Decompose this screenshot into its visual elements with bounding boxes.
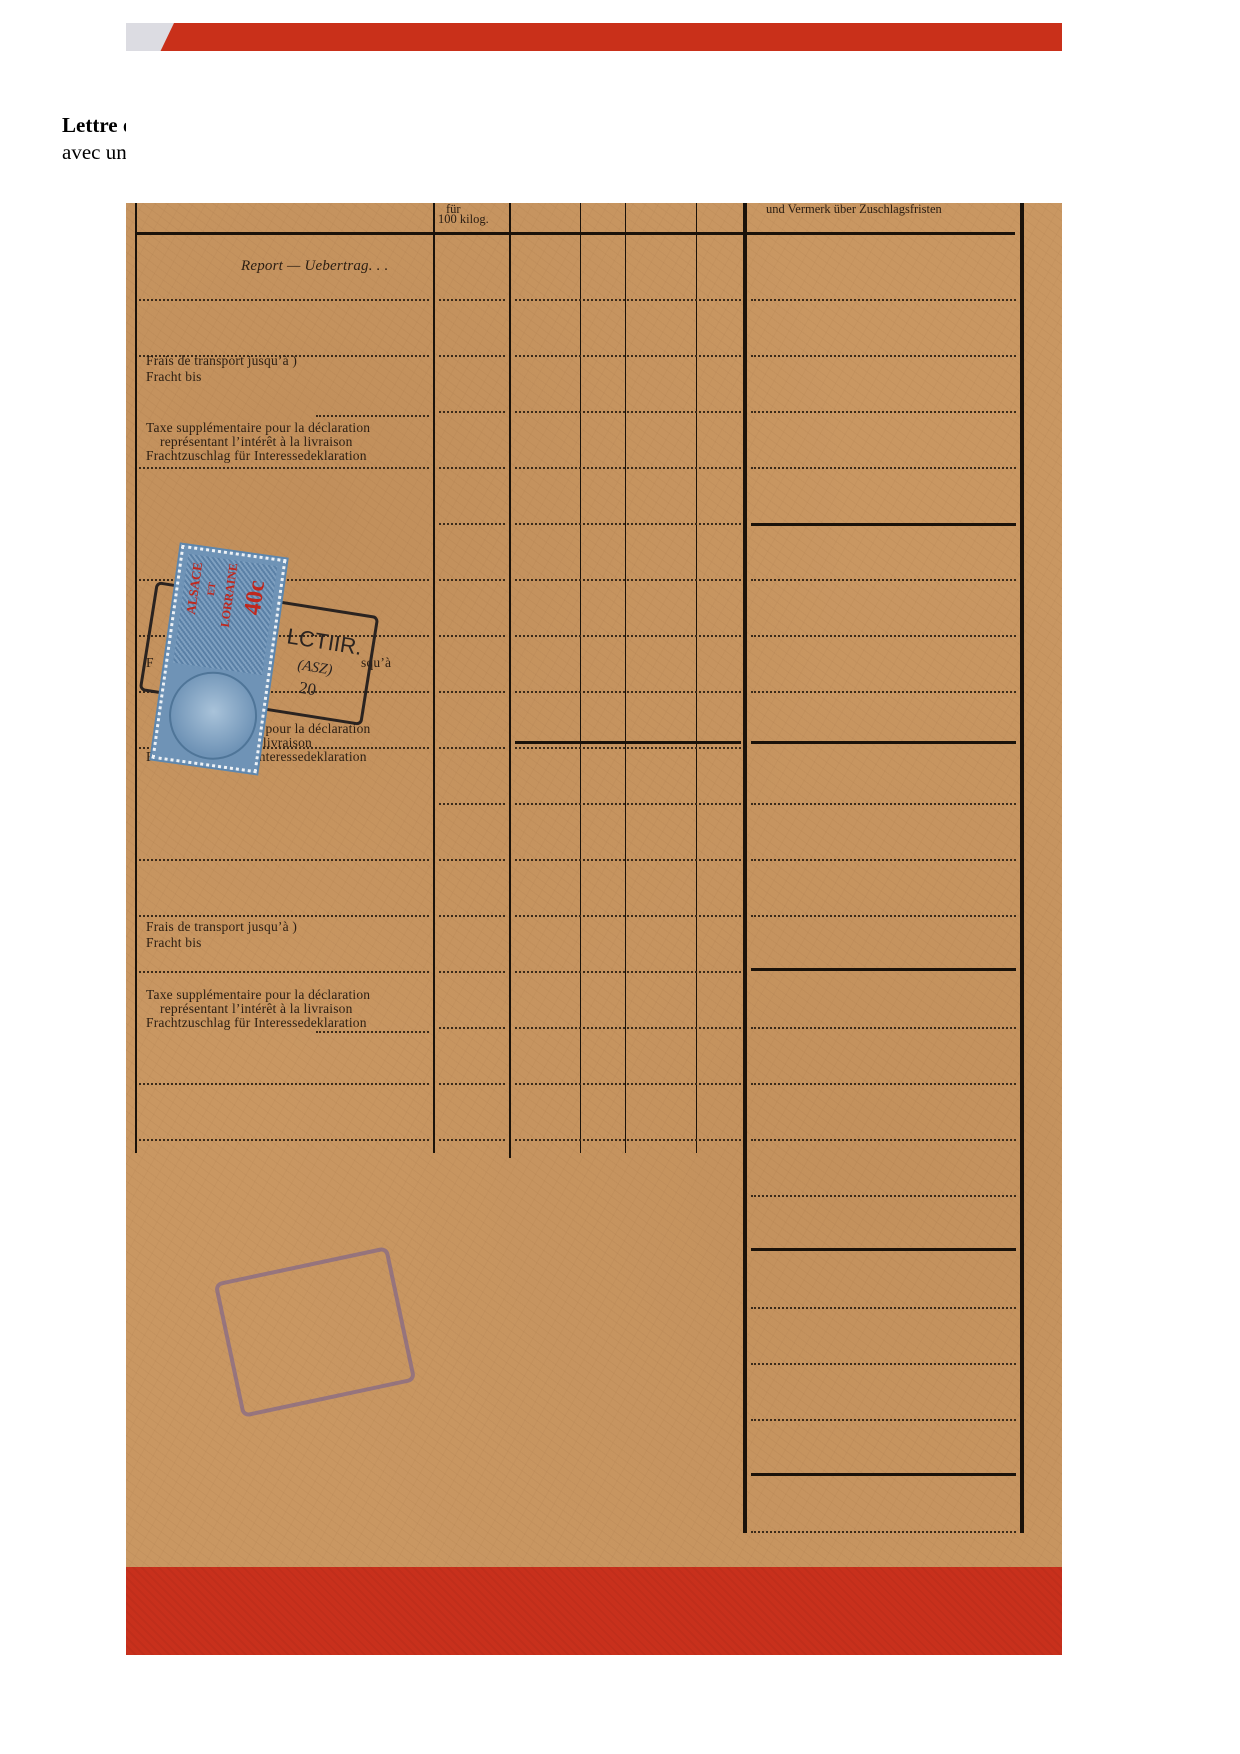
dotted-row: [439, 971, 505, 973]
cancel-text-1: LCTIIR.: [285, 623, 364, 661]
section-rule: [751, 1248, 1016, 1251]
dotted-row: [139, 1139, 429, 1141]
remarks-header: und Vermerk über Zuschlagsfristen: [766, 203, 942, 216]
section-rule: [751, 523, 1016, 526]
dotted-row: [439, 355, 505, 357]
dotted-row: [515, 859, 741, 861]
dotted-row: [439, 299, 505, 301]
frais-label-de: Fracht bis: [146, 369, 202, 384]
dotted-row: [515, 635, 741, 637]
dotted-row: [751, 859, 1016, 861]
col-line-5: [625, 203, 626, 1153]
waybill-form: für 100 kilog. und Vermerk über Zuschlag…: [126, 203, 1062, 1567]
dotted-row: [439, 859, 505, 861]
dotted-row: [515, 747, 741, 749]
col-line-2: [433, 203, 435, 1153]
dotted-row: [515, 467, 741, 469]
dotted-row: [515, 803, 741, 805]
dotted-row: [515, 1139, 741, 1141]
report-label: Report — Uebertrag. . .: [241, 259, 389, 274]
dotted-row: [515, 1083, 741, 1085]
dotted-row: [439, 803, 505, 805]
dotted-row: [515, 579, 741, 581]
rate-header-bottom: 100 kilog.: [438, 213, 489, 226]
dotted-row: [515, 915, 741, 917]
dotted-row: [139, 299, 429, 301]
dotted-row: [515, 411, 741, 413]
dotted-row: [439, 747, 505, 749]
red-border-top: [126, 23, 1062, 51]
dotted-row: [751, 1083, 1016, 1085]
taxe-label-fr-2: représentant l’intérêt à la livraison: [160, 434, 353, 449]
stamp-text-et: ET: [206, 582, 219, 597]
col-line-6: [696, 203, 697, 1153]
cancel-text-3: 20: [298, 678, 318, 700]
dotted-row: [515, 691, 741, 693]
frais-label-fr: Frais de transport jusqu’à ): [146, 919, 297, 934]
dotted-row: [751, 467, 1016, 469]
dotted-row: [751, 803, 1016, 805]
dotted-row: [751, 579, 1016, 581]
dotted-row: [139, 467, 429, 469]
dotted-row: [439, 1083, 505, 1085]
taxe-label-fr-2: représentant l’intérêt à la livraison: [160, 1001, 353, 1016]
section-rule: [751, 1473, 1016, 1476]
dotted-row: [751, 635, 1016, 637]
taxe-label-fr-1: Taxe supplémentaire pour la déclaration: [146, 987, 370, 1002]
red-border-bottom: [126, 1567, 1062, 1655]
header-rule: [135, 232, 1015, 235]
stamp-medallion: [163, 666, 262, 765]
dotted-row: [439, 579, 505, 581]
col-line-thick-2: [1020, 203, 1024, 1533]
dotted-row: [439, 915, 505, 917]
dotted-row: [751, 1419, 1016, 1421]
section-rule: [751, 968, 1016, 971]
dotted-row: [515, 523, 741, 525]
section-rule: [515, 741, 741, 744]
dotted-row: [515, 299, 741, 301]
dotted-row: [439, 523, 505, 525]
scan-gap: [126, 51, 1062, 203]
col-line-4: [580, 203, 581, 1153]
dotted-row: [751, 1027, 1016, 1029]
dotted-row: [439, 411, 505, 413]
dotted-row: [139, 915, 429, 917]
dotted-row: [515, 971, 741, 973]
dotted-row: [316, 415, 429, 417]
dotted-row: [139, 1083, 429, 1085]
col-line-1: [135, 203, 137, 1153]
dotted-row: [439, 635, 505, 637]
section-rule: [751, 741, 1016, 744]
document-scan: für 100 kilog. und Vermerk über Zuschlag…: [126, 23, 1062, 1655]
dotted-row: [751, 915, 1016, 917]
stamp-value: 40c: [240, 579, 272, 617]
dotted-row: [439, 1027, 505, 1029]
dotted-row: [515, 1027, 741, 1029]
dotted-row: [751, 1307, 1016, 1309]
dotted-row: [439, 691, 505, 693]
taxe-label-de: Frachtzuschlag für Interessedeklaration: [146, 448, 367, 463]
dotted-row: [751, 1139, 1016, 1141]
taxe-label-de: Frachtzuschlag für Interessedeklaration: [146, 1015, 367, 1030]
dotted-row: [751, 691, 1016, 693]
dotted-row: [751, 1195, 1016, 1197]
col-line-thick-1: [743, 203, 747, 1533]
taxe-label-fr-1: Taxe supplémentaire pour la déclaration: [146, 420, 370, 435]
dotted-row: [751, 299, 1016, 301]
violet-cachet: [214, 1246, 417, 1418]
dotted-row: [751, 411, 1016, 413]
dotted-row: [751, 1363, 1016, 1365]
cancel-text-2: (ASZ): [296, 657, 333, 679]
dotted-row: [751, 355, 1016, 357]
col-line-3: [509, 203, 511, 1158]
frais-label-fr: Frais de transport jusqu’à ): [146, 353, 297, 368]
dotted-row: [139, 971, 429, 973]
dotted-row: [316, 1031, 429, 1033]
dotted-row: [751, 1531, 1016, 1533]
dotted-row: [139, 859, 429, 861]
frais-label-de: Fracht bis: [146, 935, 202, 950]
dotted-row: [439, 467, 505, 469]
dotted-row: [515, 355, 741, 357]
dotted-row: [439, 1139, 505, 1141]
